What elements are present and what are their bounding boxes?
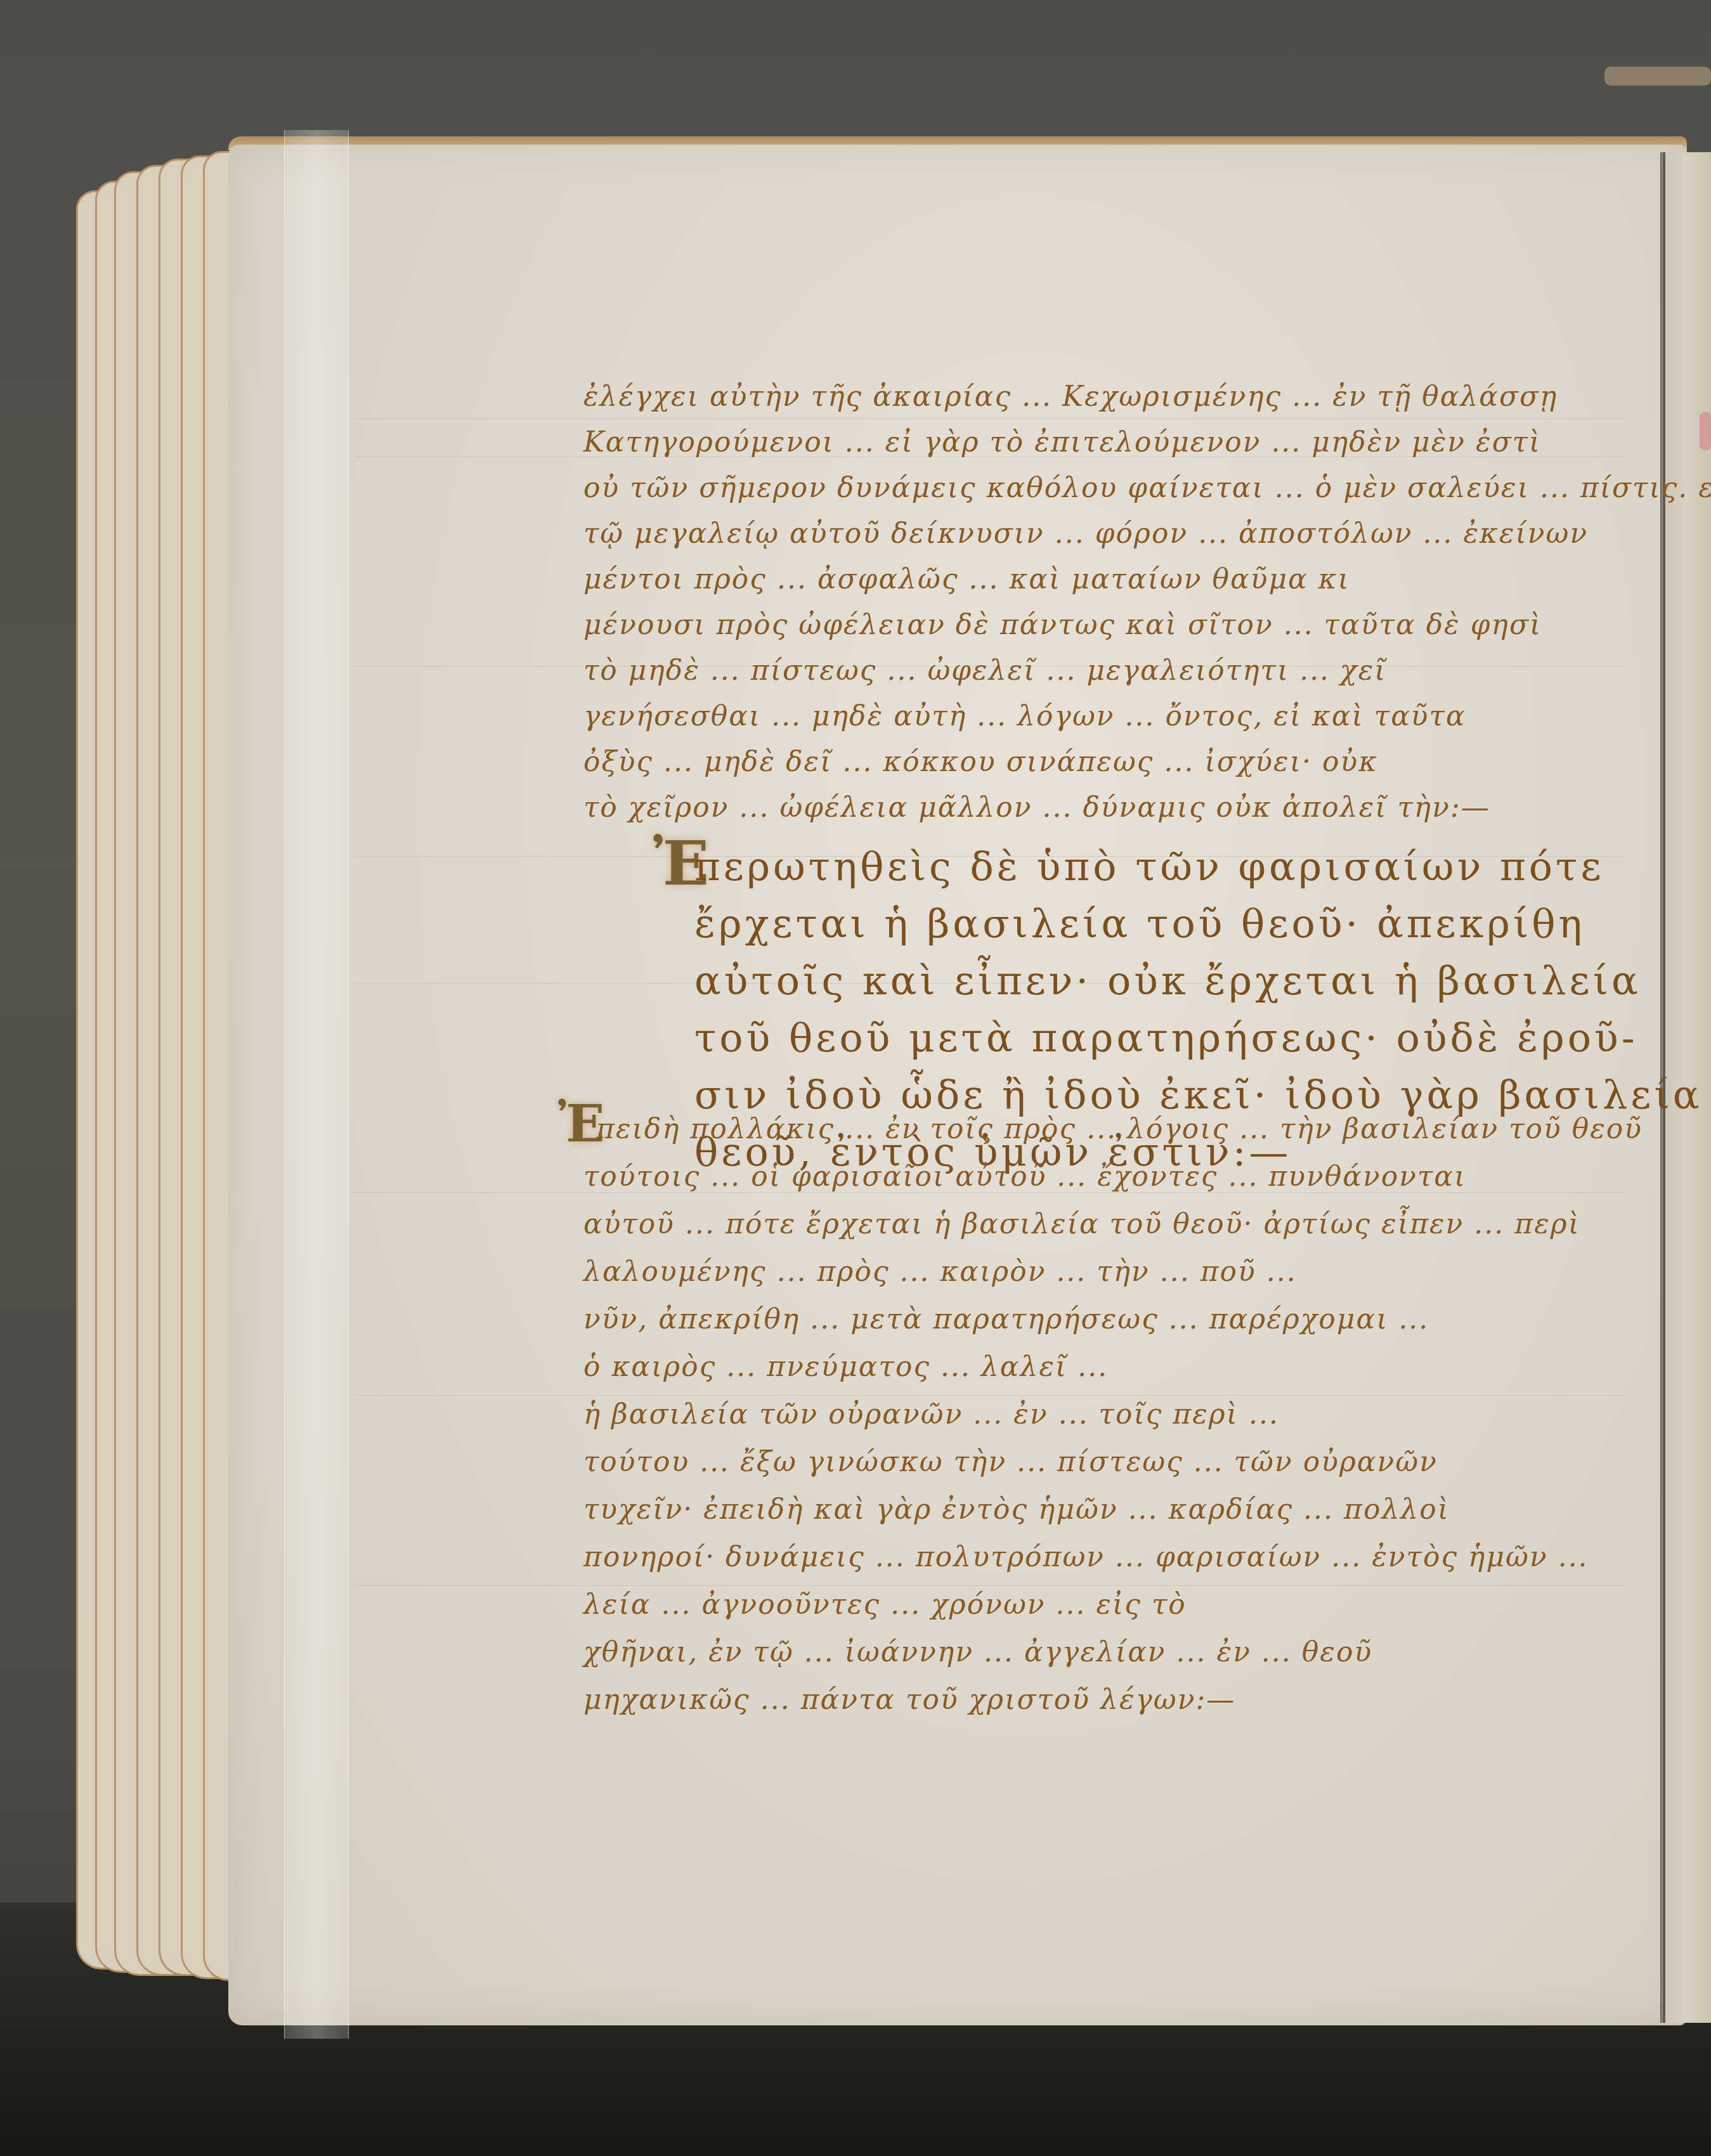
text-line: τῷ μεγαλείῳ αὐτοῦ δείκνυσιν ... φόρον ..… xyxy=(583,517,1588,550)
binding-thread xyxy=(1604,67,1711,86)
text-line: μέντοι πρὸς ... ἀσφαλῶς ... καὶ ματαίων … xyxy=(583,563,1350,595)
text-line: τοῦ θεοῦ μετὰ παρατηρήσεως· οὐδὲ ἐροῦ- xyxy=(694,1015,1638,1061)
text-line: ὁ καιρὸς ... πνεύματος ... λαλεῖ ... xyxy=(583,1351,1108,1383)
text-line: περωτηθεὶς δὲ ὑπὸ τῶν φαρισαίων πότε xyxy=(694,843,1604,890)
text-line: Κατηγορούμενοι ... εἰ γὰρ τὸ ἐπιτελούμεν… xyxy=(583,426,1541,458)
text-line: ὀξὺς ... μηδὲ δεῖ ... κόκκου σινάπεως ..… xyxy=(583,746,1378,778)
text-line: τούτου ... ἔξω γινώσκω τὴν ... πίστεως .… xyxy=(583,1446,1438,1478)
text-line: τυχεῖν· ἐπειδὴ καὶ γὰρ ἐντὸς ἡμῶν ... κα… xyxy=(583,1493,1450,1526)
text-line: σιν ἰδοὺ ὧδε ἢ ἰδοὺ ἐκεῖ· ἰδοὺ γὰρ βασιλ… xyxy=(694,1072,1711,1118)
text-line: μένουσι πρὸς ὠφέλειαν δὲ πάντως καὶ σῖτο… xyxy=(583,609,1542,641)
text-line: ἐλέγχει αὐτὴν τῆς ἀκαιρίας ... Κεχωρισμέ… xyxy=(583,380,1558,413)
text-line: τὸ χεῖρον ... ὠφέλεια μᾶλλον ... δύναμις… xyxy=(583,791,1490,824)
text-line: γενήσεσθαι ... μηδὲ αὐτὴ ... λόγων ... ὄ… xyxy=(583,700,1466,732)
text-line: μηχανικῶς ... πάντα τοῦ χριστοῦ λέγων:— xyxy=(583,1684,1235,1716)
text-line: λεία ... ἀγνοοῦντες ... χρόνων ... εἰς τ… xyxy=(583,1588,1187,1621)
text-line: αὐτοῖς καὶ εἶπεν· οὐκ ἔρχεται ἡ βασιλεία xyxy=(694,958,1641,1004)
text-line: πονηροί· δυνάμεις ... πολυτρόπων ... φαρ… xyxy=(583,1541,1589,1573)
text-line: αὐτοῦ ... πότε ἔρχεται ἡ βασιλεία τοῦ θε… xyxy=(583,1208,1580,1240)
text-line: νῦν, ἀπεκρίθη ... μετὰ παρατηρήσεως ... … xyxy=(583,1303,1429,1335)
text-line: ἡ βασιλεία τῶν οὐρανῶν ... ἐν ... τοῖς π… xyxy=(583,1398,1279,1431)
text-line: πειδὴ πολλάκις ... ἐν τοῖς πρὸς ... λόγο… xyxy=(596,1113,1643,1145)
text-line: οὐ τῶν σῆμερον δυνάμεις καθόλου φαίνεται… xyxy=(583,472,1711,504)
text-line: λαλουμένης ... πρὸς ... καιρὸν ... τὴν .… xyxy=(583,1256,1297,1288)
clear-tape-strip xyxy=(284,130,349,2039)
red-stain xyxy=(1700,412,1711,450)
text-line: τὸ μηδὲ ... πίστεως ... ὠφελεῖ ... μεγαλ… xyxy=(583,654,1387,687)
text-line: χθῆναι, ἐν τῷ ... ἰωάννην ... ἀγγελίαν .… xyxy=(583,1636,1372,1668)
text-line: τούτοις ... οἱ φαρισαῖοι αὐτοῦ ... ἔχοντ… xyxy=(583,1160,1466,1193)
text-line: ἔρχεται ἡ βασιλεία τοῦ θεοῦ· ἀπεκρίθη xyxy=(694,900,1585,947)
